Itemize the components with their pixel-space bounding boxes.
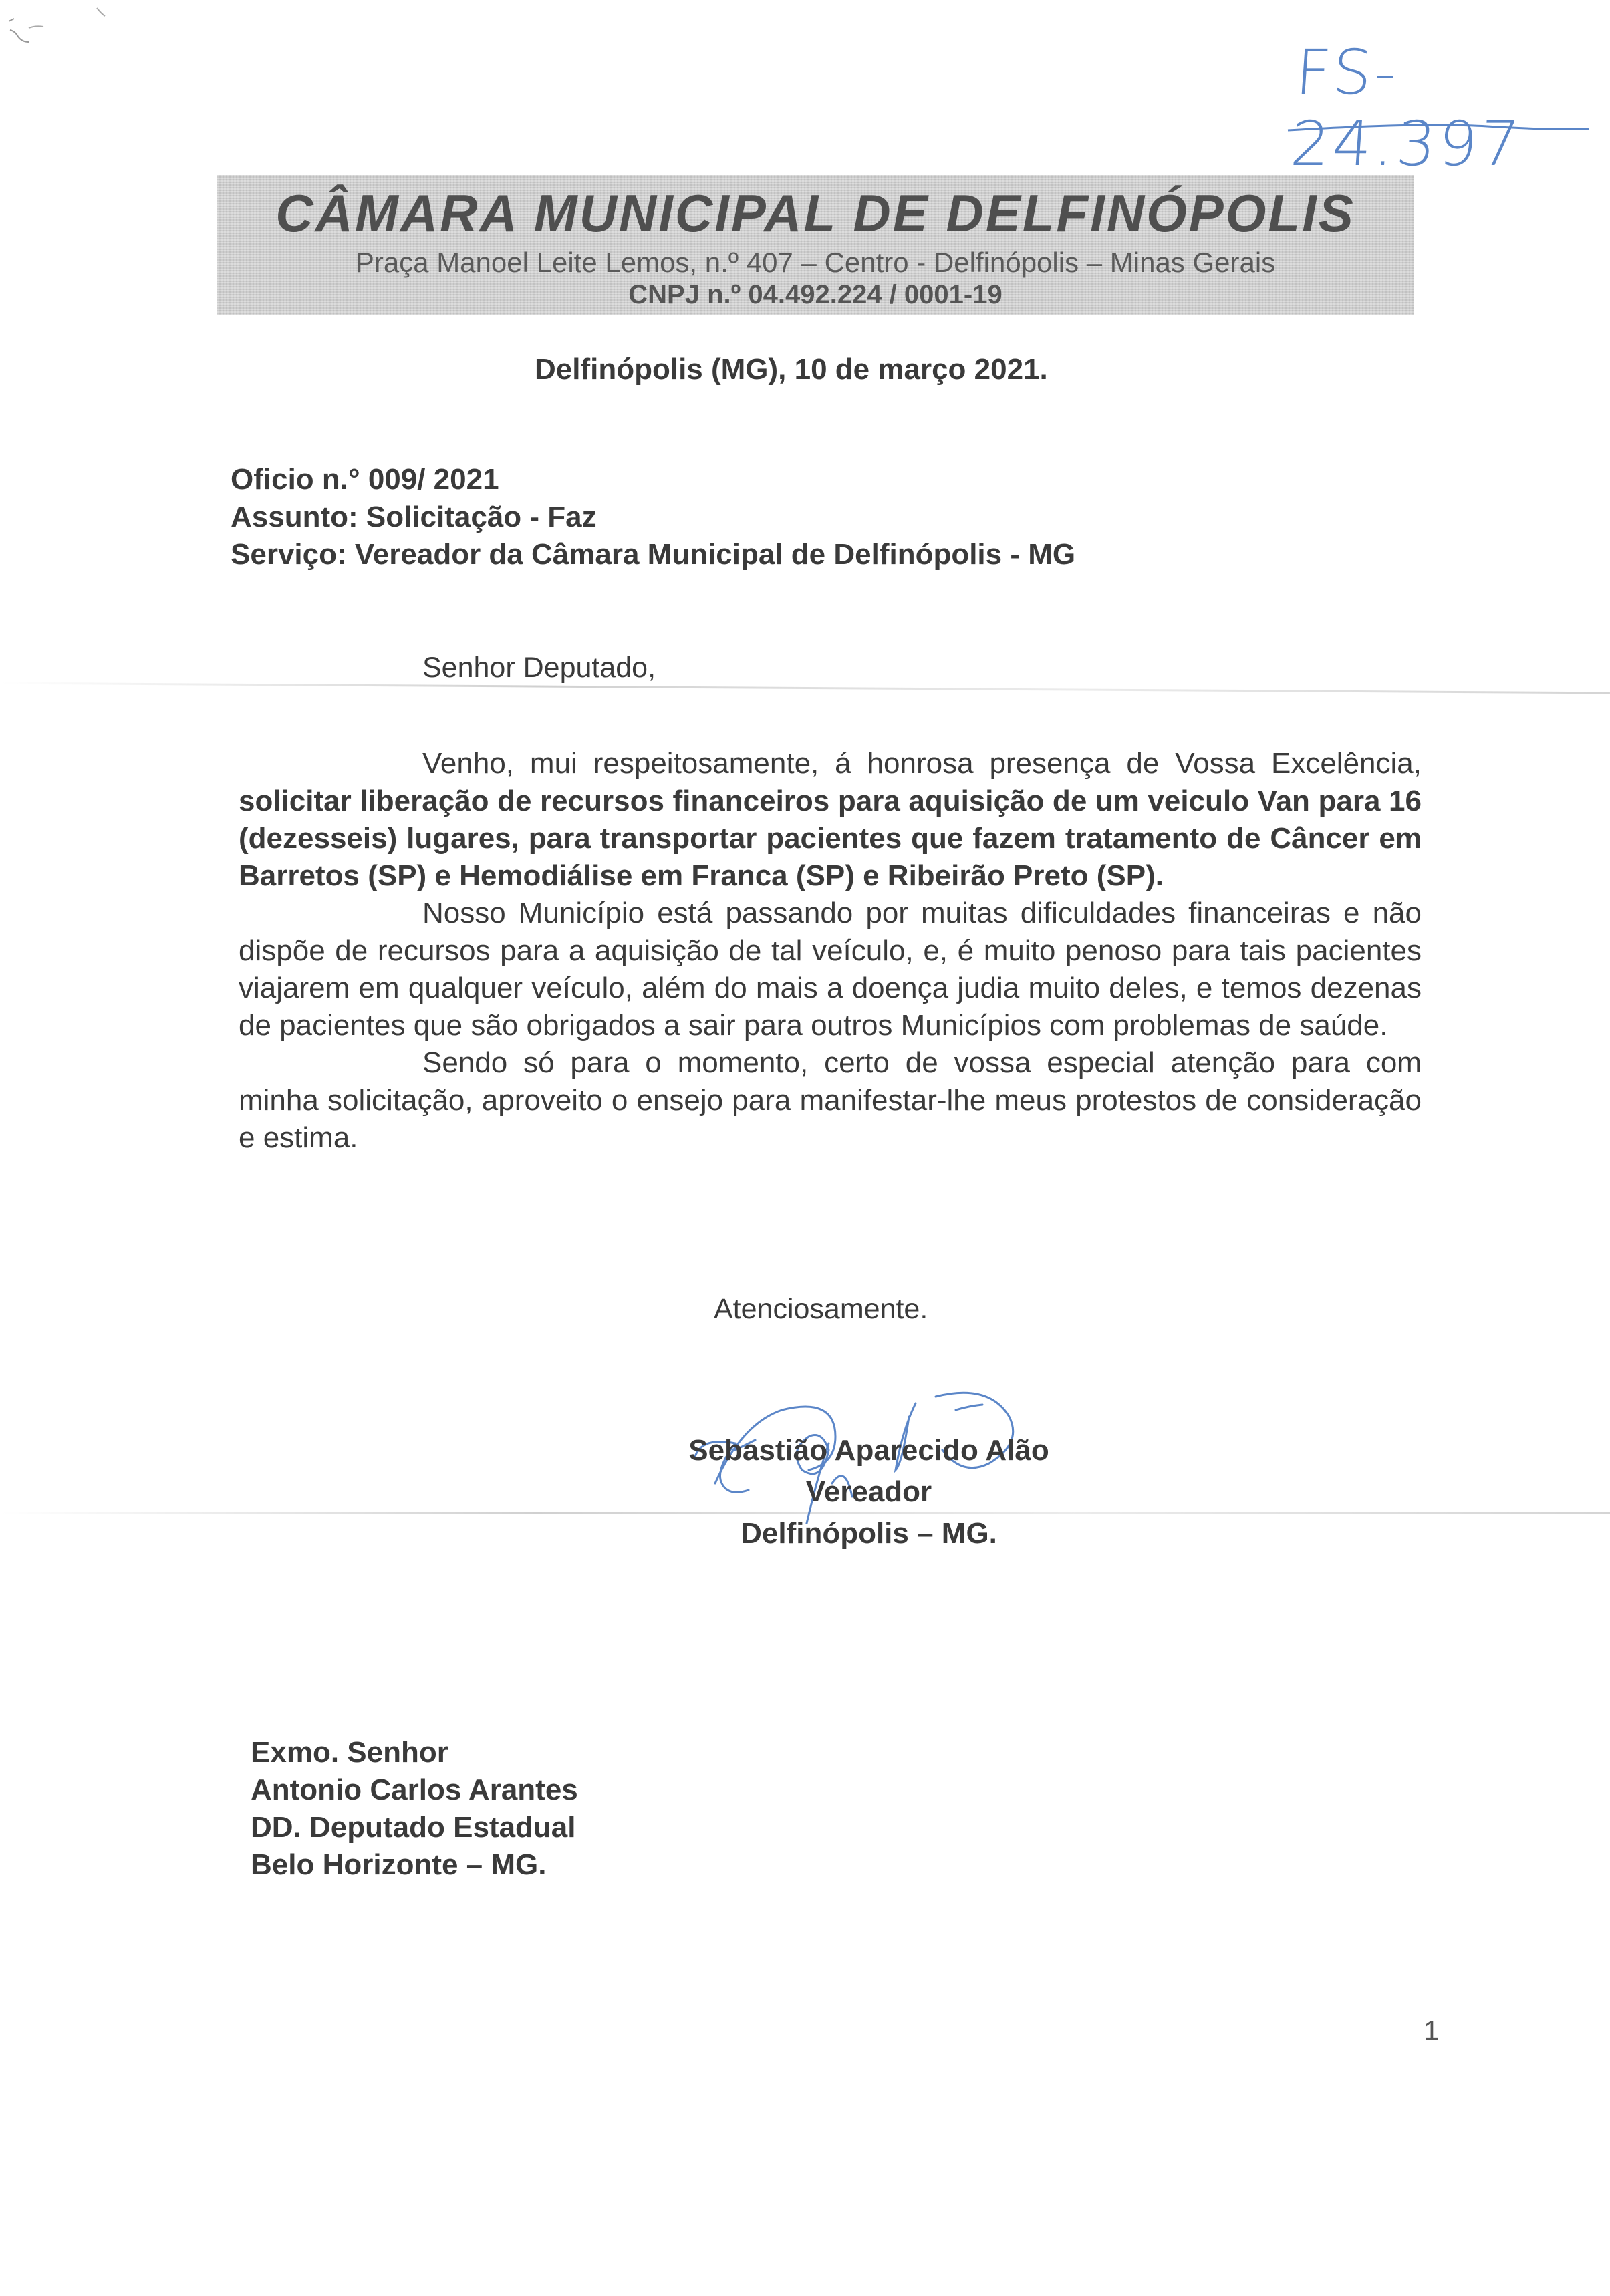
signer-name: Sebastião Aparecido Alão xyxy=(601,1430,1136,1471)
paragraph-justification: Nosso Município está passando por muitas… xyxy=(239,895,1422,1044)
oficio-number: Oficio n.° 009/ 2021 xyxy=(231,461,1075,498)
recipient-name: Antonio Carlos Arantes xyxy=(251,1771,578,1809)
handwritten-underline xyxy=(1287,124,1591,133)
letter-body: Venho, mui respeitosamente, á honrosa pr… xyxy=(239,745,1422,1157)
fold-line xyxy=(0,682,1610,694)
header-fields: Oficio n.° 009/ 2021 Assunto: Solicitaçã… xyxy=(231,461,1075,573)
recipient-block: Exmo. Senhor Antonio Carlos Arantes DD. … xyxy=(251,1734,578,1884)
date-line: Delfinópolis (MG), 10 de março 2021. xyxy=(535,353,1048,386)
paragraph-request: Venho, mui respeitosamente, á honrosa pr… xyxy=(239,745,1422,895)
closing-remark: Atenciosamente. xyxy=(714,1293,928,1326)
request-highlight: solicitar liberação de recursos financei… xyxy=(239,784,1422,892)
page-number: 1 xyxy=(1424,2015,1439,2047)
letterhead-cnpj: CNPJ n.º 04.492.224 / 0001-19 xyxy=(217,280,1414,310)
letterhead: CÂMARA MUNICIPAL DE DELFINÓPOLIS Praça M… xyxy=(217,175,1414,315)
recipient-salutation: Exmo. Senhor xyxy=(251,1734,578,1771)
handwritten-protocol-number: FS-24.397 xyxy=(1289,37,1610,180)
recipient-location: Belo Horizonte – MG. xyxy=(251,1846,578,1884)
recipient-title: DD. Deputado Estadual xyxy=(251,1809,578,1846)
subject-line: Assunto: Solicitação - Faz xyxy=(231,498,1075,536)
service-line: Serviço: Vereador da Câmara Municipal de… xyxy=(231,536,1075,573)
signer-title: Vereador xyxy=(601,1471,1136,1513)
letterhead-address: Praça Manoel Leite Lemos, n.º 407 – Cent… xyxy=(217,247,1414,279)
letterhead-title: CÂMARA MUNICIPAL DE DELFINÓPOLIS xyxy=(217,183,1414,244)
signer-location: Delfinópolis – MG. xyxy=(601,1513,1136,1554)
salutation: Senhor Deputado, xyxy=(422,652,656,684)
signer-block: Sebastião Aparecido Alão Vereador Delfin… xyxy=(601,1430,1136,1554)
paragraph-closing: Sendo só para o momento, certo de vossa … xyxy=(239,1044,1422,1157)
scan-artifact xyxy=(3,7,117,47)
